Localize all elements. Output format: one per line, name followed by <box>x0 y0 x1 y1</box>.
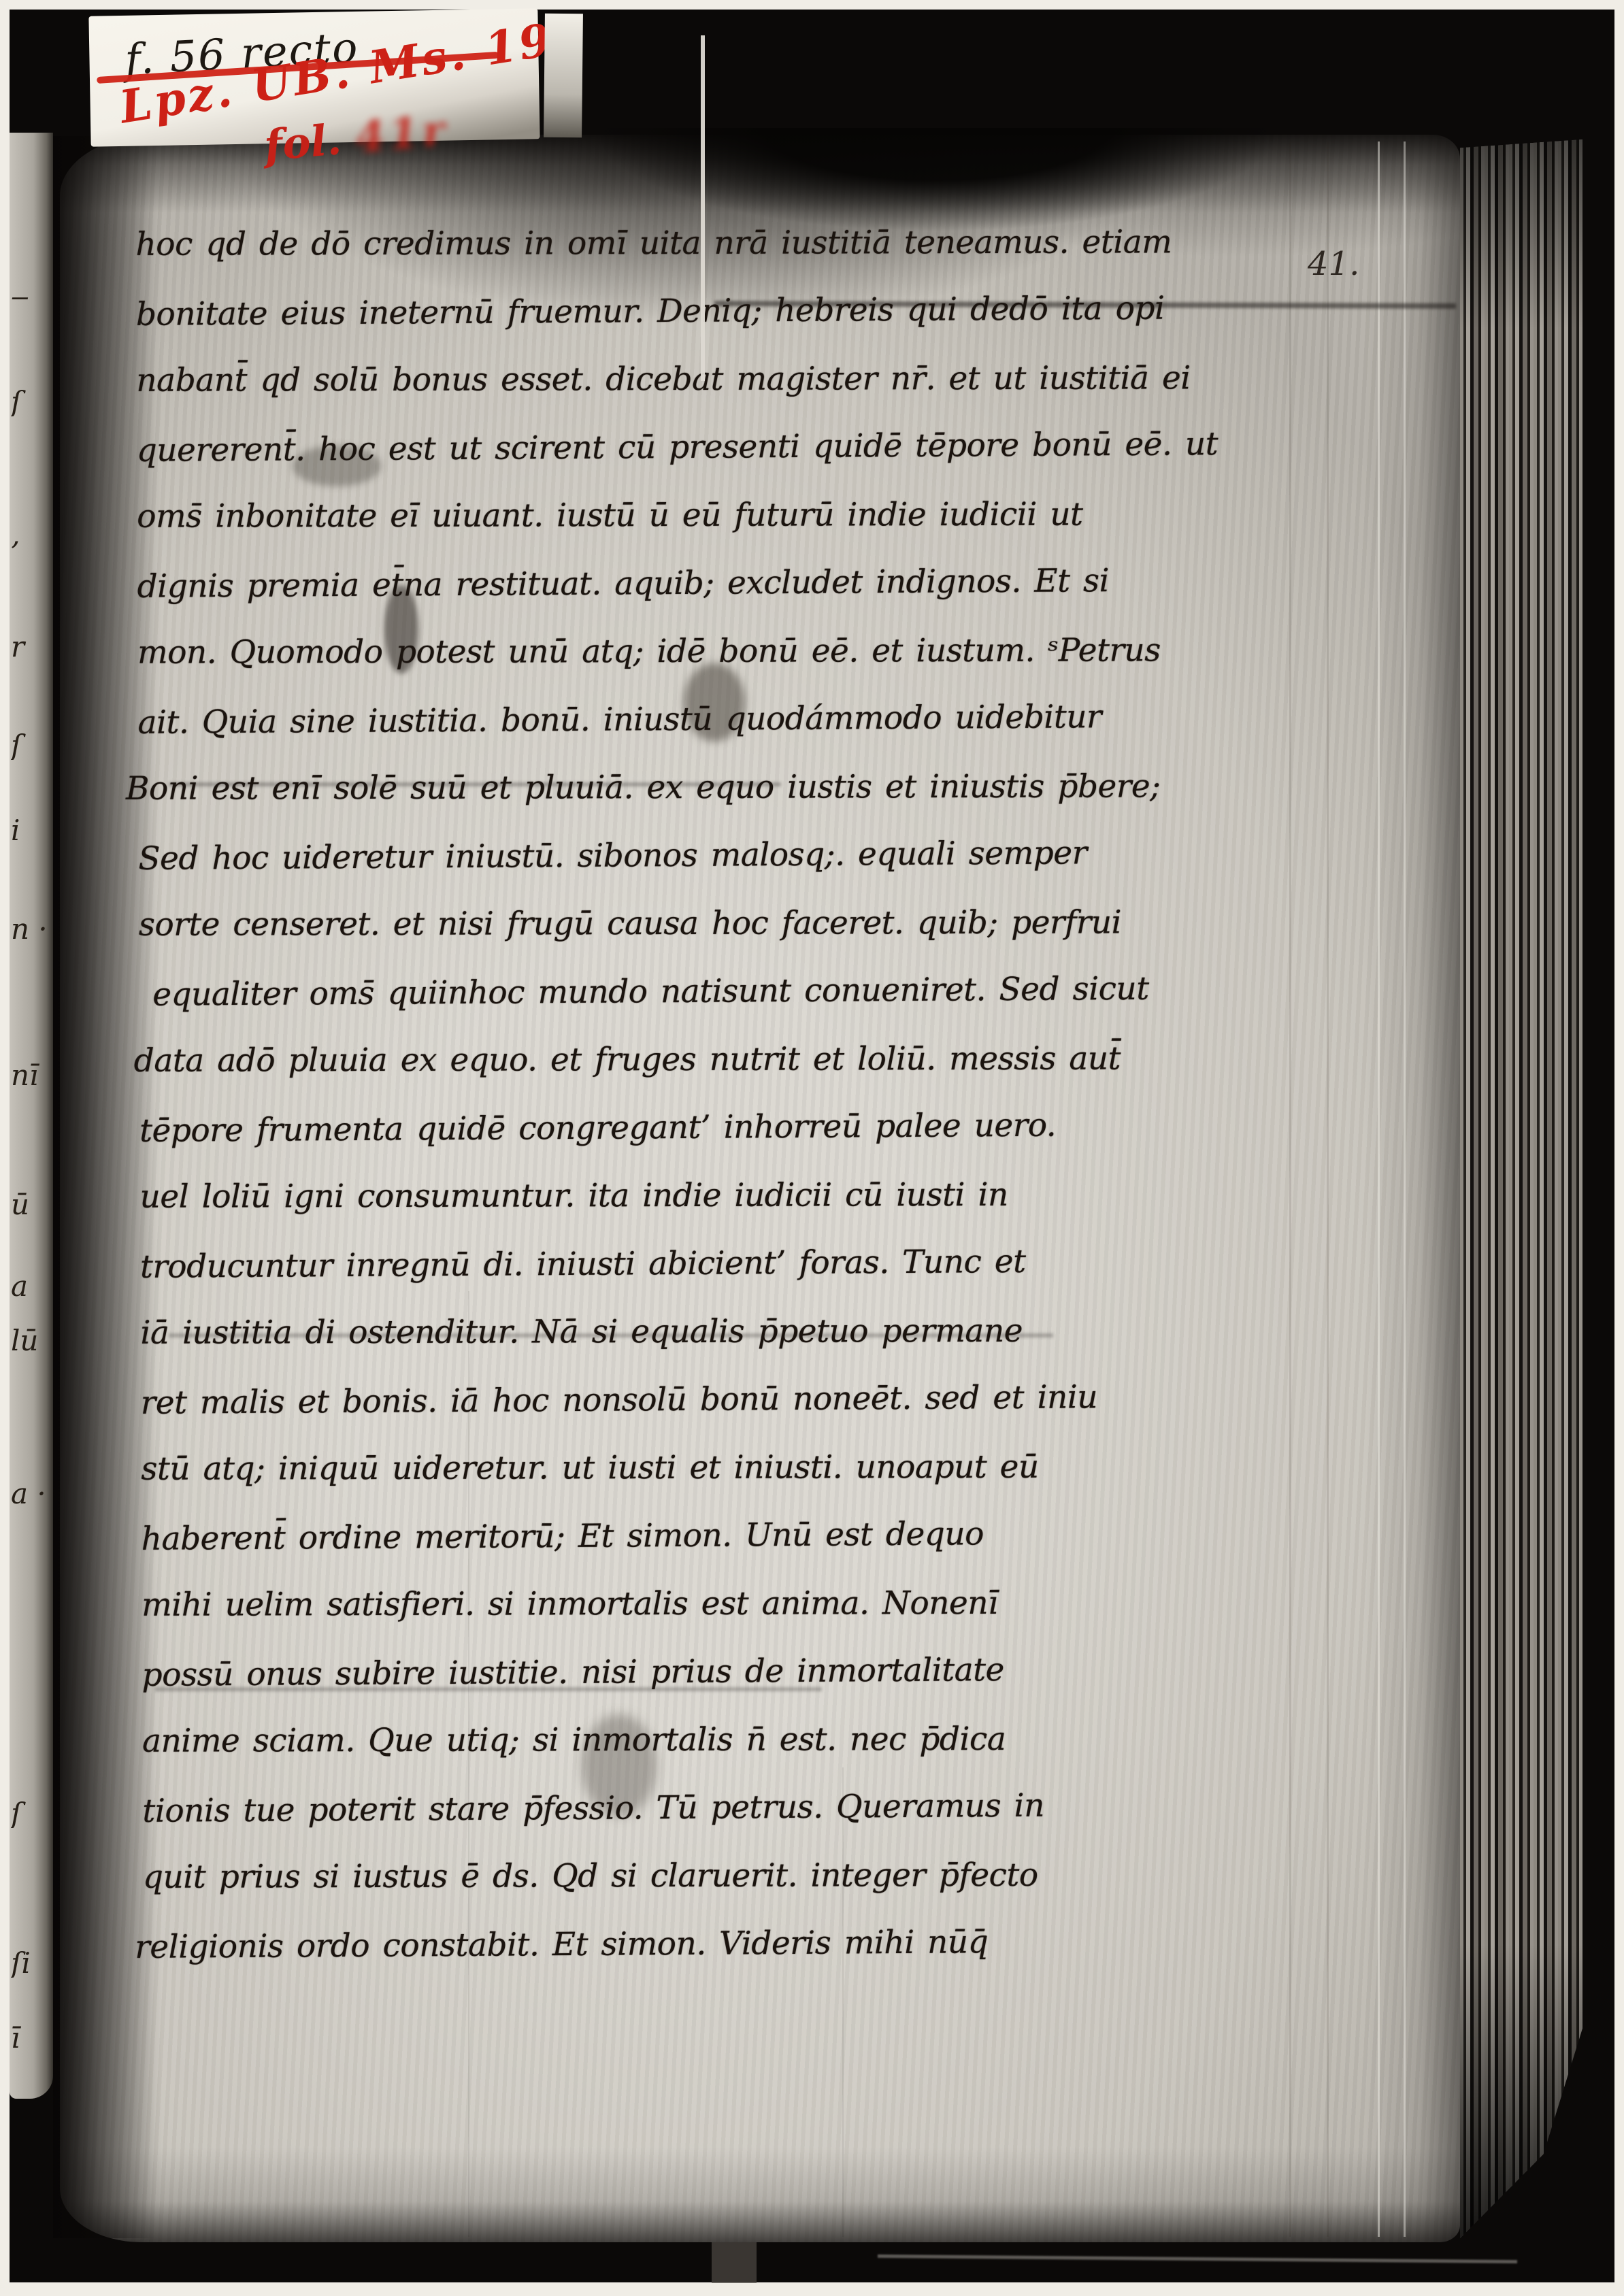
text-line: data adō pluuia ex equo. et fruges nutri… <box>134 1039 1221 1110</box>
ruling-line <box>1289 142 1291 2237</box>
margin-fragment: ſi <box>11 1949 50 1978</box>
margin-fragment: ‒ <box>11 282 50 311</box>
margin-fragment: ſ <box>11 1799 50 1828</box>
label-slip-sliver <box>544 14 583 138</box>
text-block: hoc qd de dō credimus in omī uita nrā iu… <box>135 222 1225 1996</box>
text-line: quererent̄. hoc est ut scirent cū presen… <box>137 425 1219 500</box>
margin-fragment: a · <box>11 1480 50 1508</box>
text-line: tēpore frumenta quidē congregant’ inhorr… <box>139 1105 1221 1180</box>
margin-fragment: r <box>11 633 50 661</box>
text-line: tionis tue poterit stare p̄fessio. Tū pe… <box>142 1786 1224 1861</box>
text-line: bonitate eius ineternū fruemur. Deniq; h… <box>136 289 1218 364</box>
margin-fragment: a <box>11 1272 50 1301</box>
text-line: religionis ordo constabit. Et simon. Vid… <box>135 1922 1225 1997</box>
margin-fragment: n · <box>11 915 50 944</box>
folio-prefix: fol. <box>262 114 343 171</box>
text-line: anime sciam. Que utiq; si inmortalis n̄ … <box>142 1720 1224 1791</box>
text-line: troducuntur inregnū di. iniusti abicient… <box>140 1242 1222 1316</box>
text-line: oms̄ inbonitate eī uiuant. iustū ū eū fu… <box>137 495 1219 566</box>
margin-fragment: ſ <box>11 388 50 416</box>
text-line: possū onus subire iustitie. nisi prius d… <box>142 1650 1223 1725</box>
manuscript-photo: ‒ſ‚rſin ·nīūalūa ·ſſiī hoc qd de dō cred… <box>0 0 1624 2296</box>
text-line: quit prius si iustus ē ds. Qd si claruer… <box>143 1856 1225 1927</box>
bottom-gray-streak <box>712 2242 757 2283</box>
text-line: hoc qd de dō credimus in omī uita nrā iu… <box>135 223 1217 294</box>
margin-fragment: ‚ <box>11 520 50 549</box>
margin-fragment: ſ <box>11 731 50 760</box>
film-scratch-line <box>701 35 705 381</box>
text-line: stū atq; iniquū uideretur. ut iusti et i… <box>141 1448 1223 1518</box>
text-line: ait. Quia sine iustitia. bonū. iniustū q… <box>137 697 1219 772</box>
margin-fragment: lū <box>11 1327 50 1355</box>
ruling-line <box>1327 142 1329 2237</box>
ruling-line <box>1378 142 1380 2237</box>
text-line: sorte censeret. et nisi frugū causa hoc … <box>139 903 1221 974</box>
ruling-line <box>1404 142 1406 2237</box>
folio-smudged-number: 41r <box>354 105 451 163</box>
text-line: mihi uelim satisfieri. si inmortalis est… <box>142 1584 1223 1654</box>
margin-fragment: nī <box>11 1061 50 1090</box>
text-line: Sed hoc uideretur iniustū. sibonos malos… <box>138 833 1220 908</box>
text-line: mon. Quomodo potest unū atq; idē bonū eē… <box>137 631 1219 702</box>
text-line: uel loliū igni consumuntur. ita indie iu… <box>140 1176 1222 1246</box>
text-line: nabant̄ qd solū bonus esset. dicebat mag… <box>136 359 1218 430</box>
text-line: ret malis et bonis. iā hoc nonsolū bonū … <box>141 1378 1223 1452</box>
margin-fragment: ī <box>11 2024 50 2052</box>
margin-fragment: i <box>11 816 50 845</box>
text-line: Boni est enī solē suū et pluuiā. ex equo… <box>126 767 1220 838</box>
text-line: equaliter oms̄ quiinhoc mundo natisunt c… <box>152 969 1221 1044</box>
fore-edge-page-stack <box>1460 139 1582 2238</box>
margin-fragment: ū <box>11 1191 50 1219</box>
text-line: iā iustitia di ostenditur. Nā si equalis… <box>140 1312 1222 1382</box>
text-line: dignis premia et̄na restituat. aquib; ex… <box>137 561 1219 636</box>
page-number: 41. <box>1308 245 1359 283</box>
text-line: haberent̄ ordine meritorū; Et simon. Unū… <box>142 1514 1223 1588</box>
